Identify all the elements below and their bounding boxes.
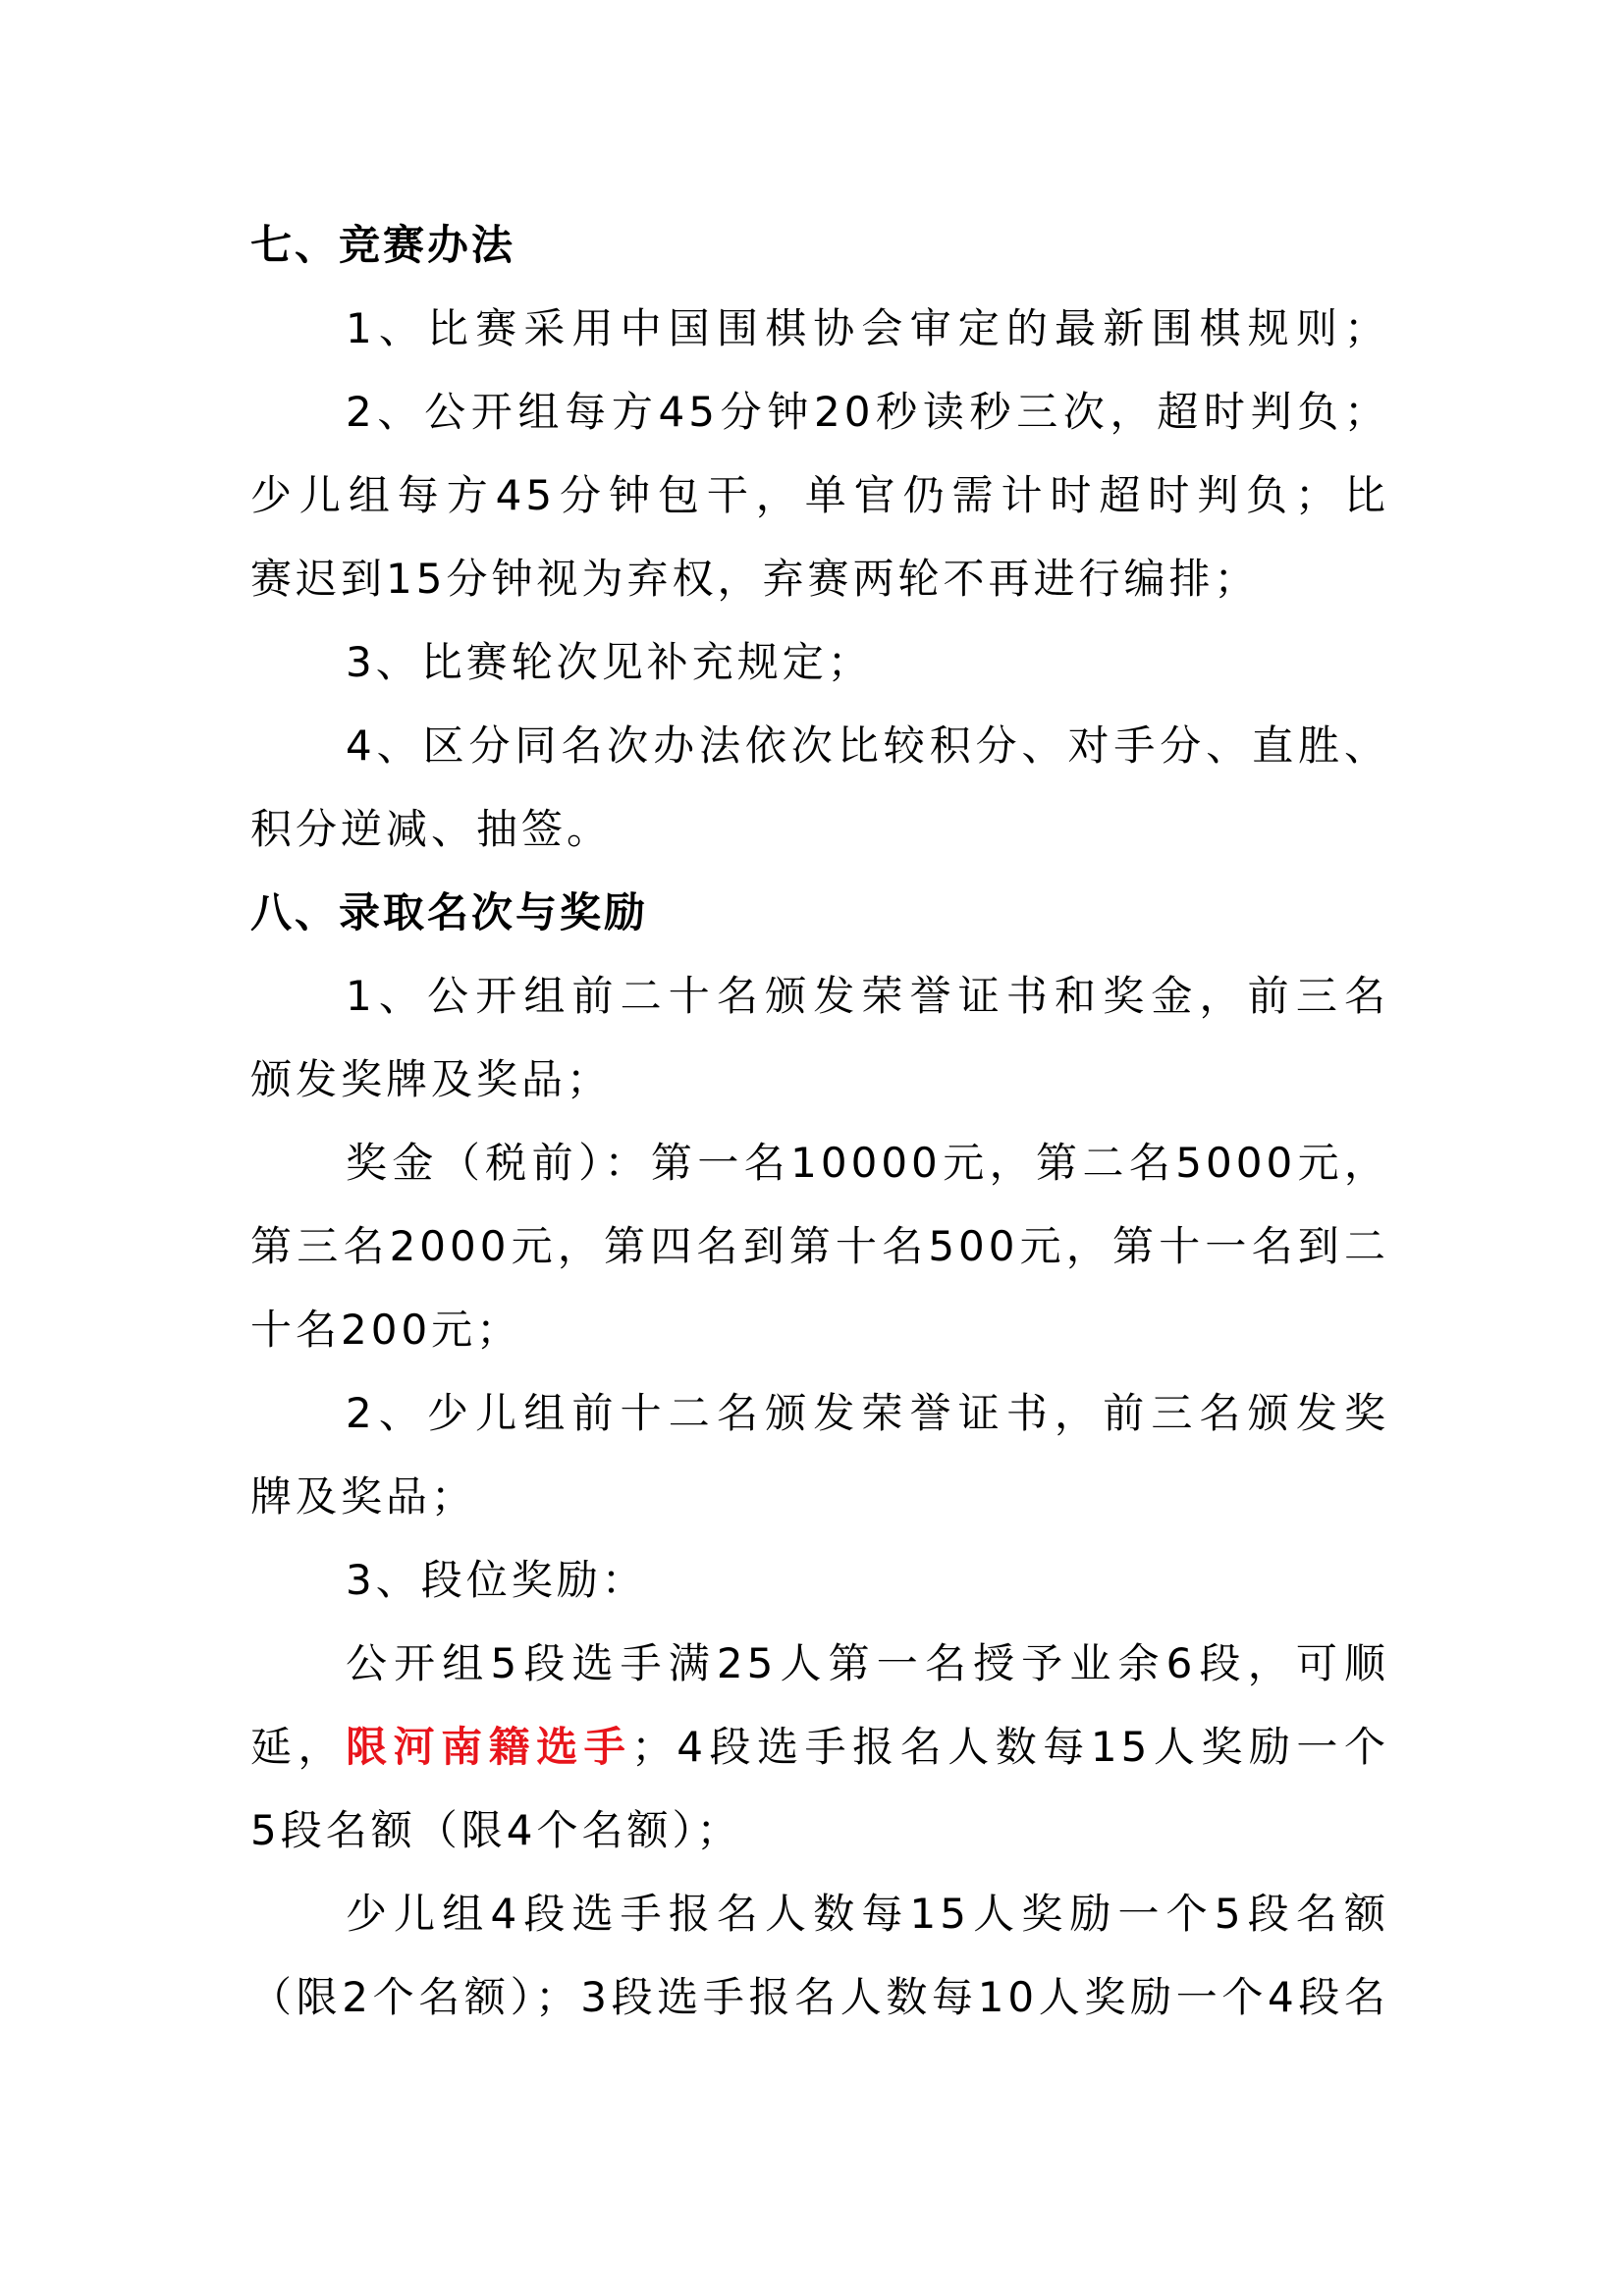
section-8-heading: 八、录取名次与奖励 (250, 883, 1389, 942)
rule-7-2-line-1: 2、公开组每方45分钟20秒读秒三次，超时判负； (346, 383, 1389, 442)
open-group-dan-prefix: 延， (250, 1723, 346, 1771)
rule-8-3-line-1: 3、段位奖励： (346, 1551, 1389, 1610)
section-7-heading: 七、竞赛办法 (250, 216, 1389, 275)
henan-only-highlight: 限河南籍选手 (346, 1723, 631, 1771)
rule-7-2-line-3: 赛迟到15分钟视为弃权，弃赛两轮不再进行编排； (250, 550, 1389, 609)
rule-8-1-line-2: 颁发奖牌及奖品； (250, 1050, 1389, 1109)
rule-8-2-line-1: 2、少儿组前十二名颁发荣誉证书，前三名颁发奖 (346, 1384, 1389, 1443)
youth-group-dan-line-2: （限2个名额）；3段选手报名人数每10人奖励一个4段名 (250, 1968, 1389, 2027)
rule-7-4-line-1: 4、区分同名次办法依次比较积分、对手分、直胜、 (346, 717, 1389, 775)
open-group-dan-line-3: 5段名额（限4个名额）； (250, 1801, 1389, 1860)
document-page: 七、竞赛办法 1、比赛采用中国围棋协会审定的最新围棋规则； 2、公开组每方45分… (0, 0, 1624, 2296)
rule-8-2-line-2: 牌及奖品； (250, 1468, 1389, 1526)
open-group-dan-line-1: 公开组5段选手满25人第一名授予业余6段，可顺 (346, 1634, 1389, 1693)
youth-group-dan-line-1: 少儿组4段选手报名人数每15人奖励一个5段名额 (346, 1885, 1389, 1944)
rule-8-1-line-1: 1、公开组前二十名颁发荣誉证书和奖金，前三名 (346, 967, 1389, 1026)
open-group-dan-line-2: 延，限河南籍选手；4段选手报名人数每15人奖励一个 (250, 1718, 1389, 1777)
prize-money-line-1: 奖金（税前）：第一名10000元，第二名5000元， (346, 1134, 1389, 1193)
rule-7-1-line-1: 1、比赛采用中国围棋协会审定的最新围棋规则； (346, 299, 1389, 358)
rule-7-3-line-1: 3、比赛轮次见补充规定； (346, 633, 1389, 692)
prize-money-line-3: 十名200元； (250, 1301, 1389, 1360)
rule-7-4-line-2: 积分逆减、抽签。 (250, 800, 1389, 859)
prize-money-line-2: 第三名2000元，第四名到第十名500元，第十一名到二 (250, 1217, 1389, 1276)
rule-7-2-line-2: 少儿组每方45分钟包干，单官仍需计时超时判负；比 (250, 466, 1389, 525)
open-group-dan-suffix: ；4段选手报名人数每15人奖励一个 (631, 1723, 1389, 1771)
